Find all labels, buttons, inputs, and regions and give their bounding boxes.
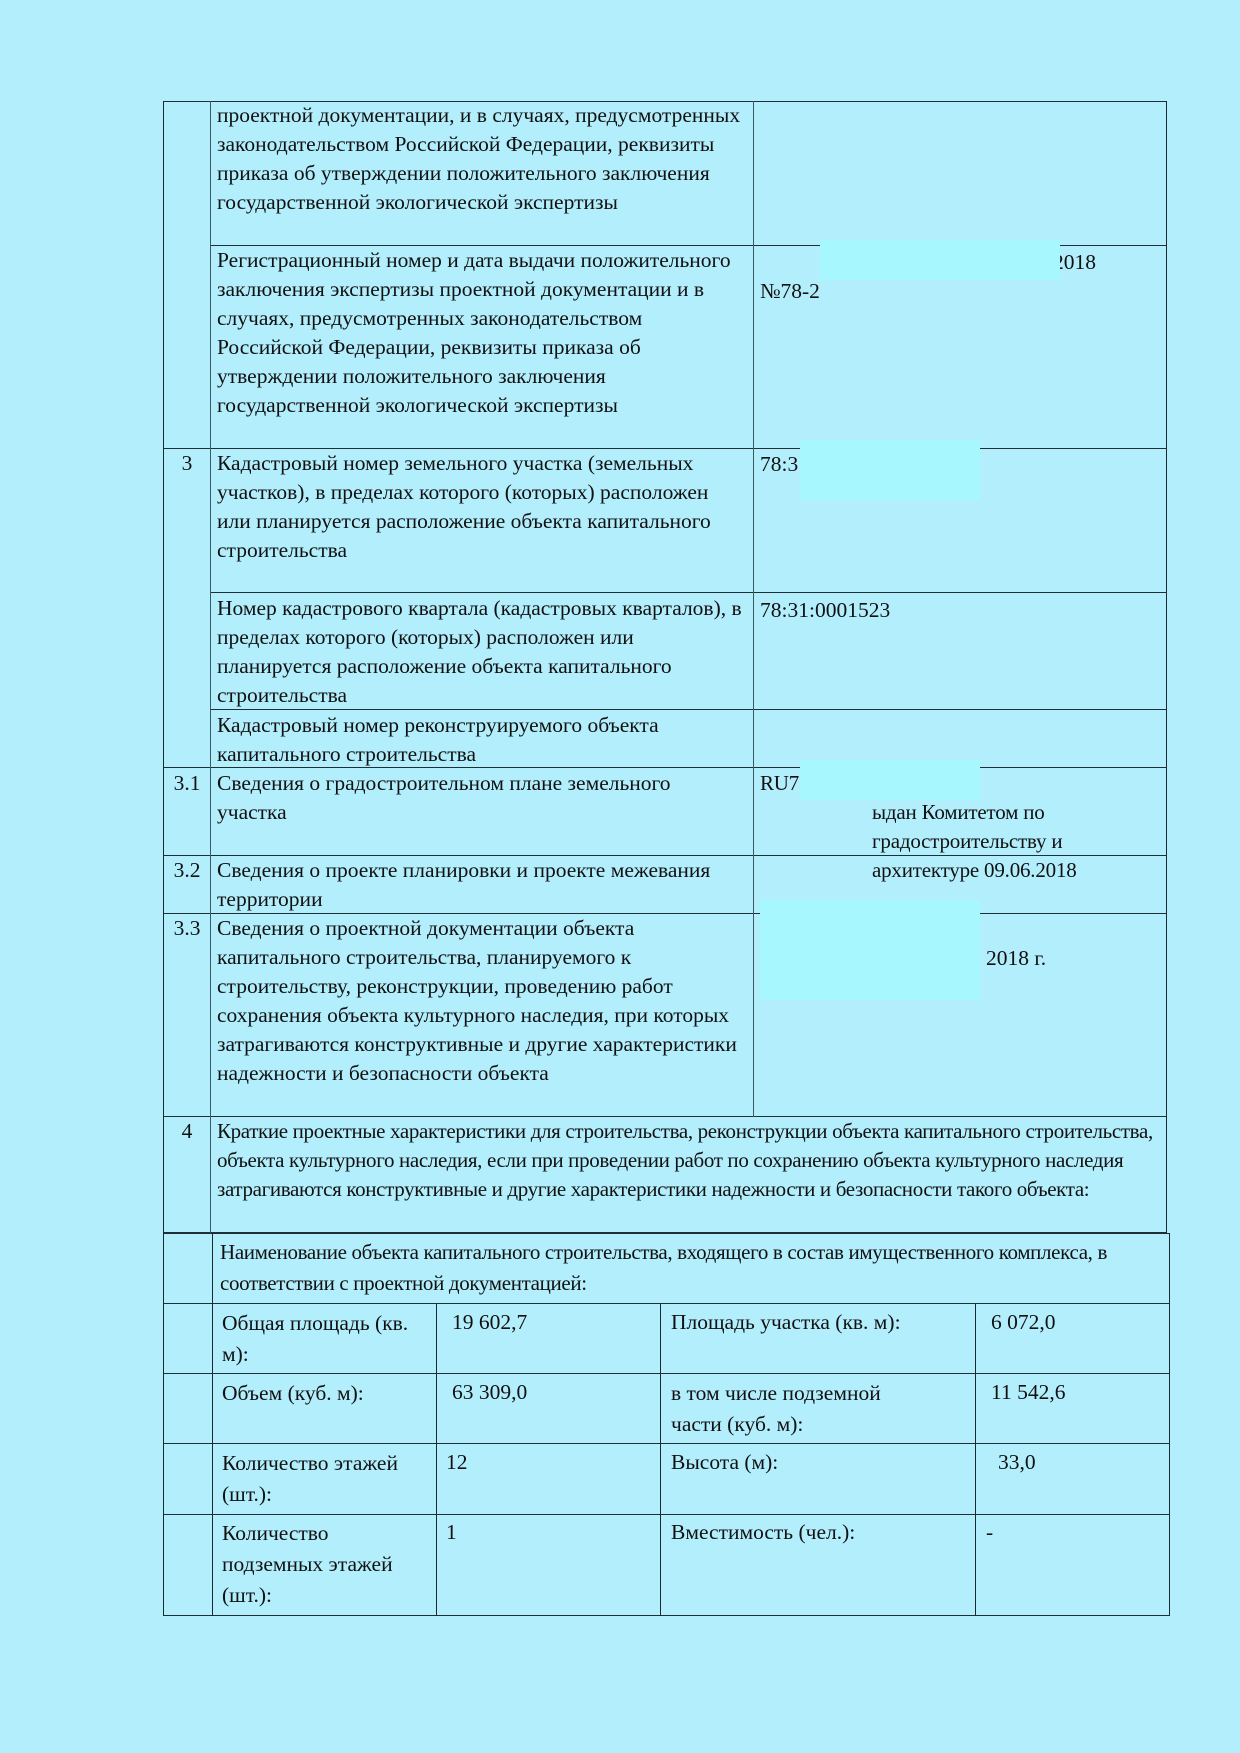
redaction-box — [800, 760, 980, 800]
label-plot-area: Площадь участка (кв. м): — [665, 1308, 970, 1337]
row-number: 3.1 — [164, 769, 210, 798]
value-prefix: №78-2 — [760, 279, 820, 303]
value-height: 33,0 — [992, 1448, 1162, 1477]
row-label: проектной документации, и в случаях, пре… — [211, 101, 751, 217]
redaction-box — [760, 900, 980, 1000]
row-number: 3.2 — [164, 856, 210, 885]
row-number: 4 — [164, 1117, 210, 1146]
row-label: Сведения о проекте планировки и проекте … — [211, 856, 751, 914]
label-capacity: Вместимость (чел.): — [665, 1518, 970, 1547]
label-height: Высота (м): — [665, 1448, 970, 1477]
value-suffix: ыдан Комитетом по градостроительству и а… — [760, 798, 1160, 885]
row-number: 3.3 — [164, 914, 210, 943]
row-label: Краткие проектные характеристики для стр… — [211, 1117, 1167, 1204]
label-floors: Количество этажей (шт.): — [216, 1448, 416, 1510]
row-label: Номер кадастрового квартала (кадастровых… — [211, 594, 751, 710]
row-label: Регистрационный номер и дата выдачи поло… — [211, 246, 751, 420]
label-volume: Объем (куб. м): — [216, 1378, 434, 1409]
redaction-box — [820, 240, 1060, 280]
value-capacity: - — [980, 1518, 1160, 1547]
label-underground-volume: в том числе подземной части (куб. м): — [665, 1378, 935, 1440]
object-name-heading: Наименование объекта капитального строит… — [214, 1237, 1164, 1299]
row-number: 3 — [164, 449, 210, 478]
label-total-area: Общая площадь (кв. м): — [216, 1308, 434, 1370]
redaction-box — [800, 440, 980, 500]
row-label: Кадастровый номер земельного участка (зе… — [211, 449, 751, 565]
row-label: Кадастровый номер реконструируемого объе… — [211, 711, 751, 769]
row-label: Сведения о проектной документации объект… — [211, 914, 751, 1088]
value-underground-floors: 1 — [440, 1518, 650, 1547]
project-docs-value: 2018 г. — [986, 944, 1046, 973]
label-underground-floors: Количество подземных этажей (шт.): — [216, 1518, 434, 1611]
value-underground-volume: 11 542,6 — [985, 1378, 1165, 1407]
value-volume: 63 309,0 — [446, 1378, 656, 1407]
value-floors: 12 — [440, 1448, 650, 1477]
value-prefix: RU7 — [760, 771, 799, 795]
row-label: Сведения о градостроительном плане земел… — [211, 769, 751, 827]
value-total-area: 19 602,7 — [446, 1308, 656, 1337]
value-plot-area: 6 072,0 — [985, 1308, 1165, 1337]
cadastral-quarter-value: 78:31:0001523 — [754, 596, 1164, 625]
